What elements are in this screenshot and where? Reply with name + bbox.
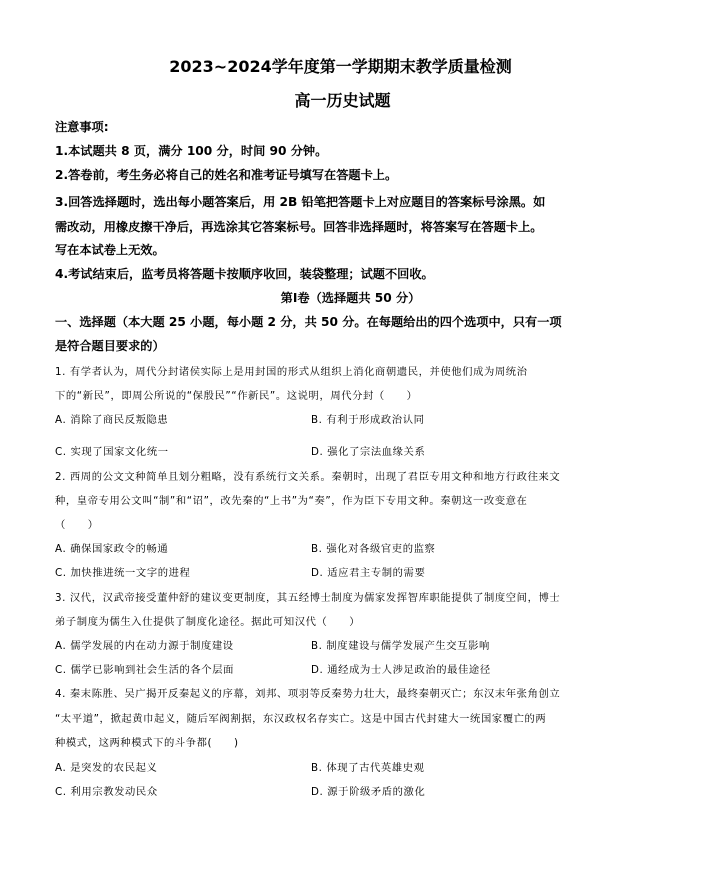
question-4-stem: “太平道”，掀起黄巾起义，随后军阀割据，东汉政权名存实亡。这是中国古代封建大一统… — [55, 710, 546, 725]
question-2-stem: 种，皇帝专用公文叫“制”和“诏”，改先秦的“上书”为“奏”，作为臣下专用文种。秦… — [55, 492, 527, 507]
question-3-option-a: A. 儒学发展的内在动力源于制度建设 — [55, 637, 234, 652]
question-1-option-a: A. 消除了商民反叛隐患 — [55, 411, 168, 426]
question-1-stem: 下的“新民”，即周公所说的“保殷民”“作新民”。这说明，周代分封（ ） — [55, 387, 418, 402]
question-4-option-b: B. 体现了古代英雄史观 — [311, 759, 424, 774]
question-3-option-b: B. 制度建设与儒学发展产生交互影响 — [311, 637, 490, 652]
question-2-option-b: B. 强化对各级官吏的监察 — [311, 540, 435, 555]
question-2-option-d: D. 适应君主专制的需要 — [311, 564, 425, 579]
section-instructions: 是符合题目要求的） — [55, 337, 165, 354]
question-2-stem: （ ） — [55, 516, 99, 531]
note-item: 2.答卷前，考生务必将自己的姓名和准考证号填写在答题卡上。 — [55, 166, 397, 183]
notes-heading: 注意事项: — [55, 118, 109, 135]
question-1-stem: 1. 有学者认为，周代分封诸侯实际上是用封国的形式从组织上消化商朝遗民，并使他们… — [55, 363, 528, 378]
section-title: 第Ⅰ卷（选择题共 50 分） — [0, 289, 701, 306]
question-2-option-c: C. 加快推进统一文字的进程 — [55, 564, 190, 579]
exam-subtitle: 高一历史试题 — [0, 88, 693, 111]
question-4-stem: 种模式，这两种模式下的斗争都( ) — [55, 734, 239, 749]
question-1-option-c: C. 实现了国家文化统一 — [55, 443, 169, 458]
note-item: 需改动，用橡皮擦干净后，再选涂其它答案标号。回答非选择题时，将答案写在答题卡上。 — [55, 218, 543, 235]
question-4-stem: 4. 秦末陈胜、吴广揭开反秦起义的序幕，刘邦、项羽等反秦势力壮大，最终秦朝灭亡；… — [55, 685, 560, 700]
question-3-stem: 3. 汉代，汉武帝接受董仲舒的建议变更制度，其五经博士制度为儒家发挥智库职能提供… — [55, 589, 560, 604]
note-item: 1.本试题共 8 页，满分 100 分，时间 90 分钟。 — [55, 142, 327, 159]
question-2-option-a: A. 确保国家政令的畅通 — [55, 540, 168, 555]
question-1-option-d: D. 强化了宗法血缘关系 — [311, 443, 425, 458]
question-4-option-c: C. 利用宗教发动民众 — [55, 783, 158, 798]
question-3-option-c: C. 儒学已影响到社会生活的各个层面 — [55, 661, 234, 676]
question-2-stem: 2. 西周的公文文种简单且划分粗略，没有系统行文关系。秦朝时，出现了君臣专用文种… — [55, 468, 560, 483]
question-3-stem: 弟子制度为儒生入仕提供了制度化途径。据此可知汉代（ ） — [55, 613, 360, 628]
exam-title: 2023~2024学年度第一学期期末教学质量检测 — [0, 54, 691, 77]
note-item: 3.回答选择题时，选出每小题答案后，用 2B 铅笔把答题卡上对应题目的答案标号涂… — [55, 193, 545, 210]
note-item: 4.考试结束后，监考员将答题卡按顺序收回，装袋整理；试题不回收。 — [55, 265, 434, 282]
question-3-option-d: D. 通经成为士人涉足政治的最佳途径 — [311, 661, 491, 676]
question-1-option-b: B. 有利于形成政治认同 — [311, 411, 424, 426]
note-item: 写在本试卷上无效。 — [55, 241, 165, 258]
exam-page: 2023~2024学年度第一学期期末教学质量检测 高一历史试题 注意事项: 1.… — [0, 0, 701, 877]
question-4-option-a: A. 是突发的农民起义 — [55, 759, 157, 774]
section-instructions: 一、选择题（本大题 25 小题，每小题 2 分，共 50 分。在每题给出的四个选… — [55, 313, 562, 330]
question-4-option-d: D. 源于阶级矛盾的激化 — [311, 783, 425, 798]
